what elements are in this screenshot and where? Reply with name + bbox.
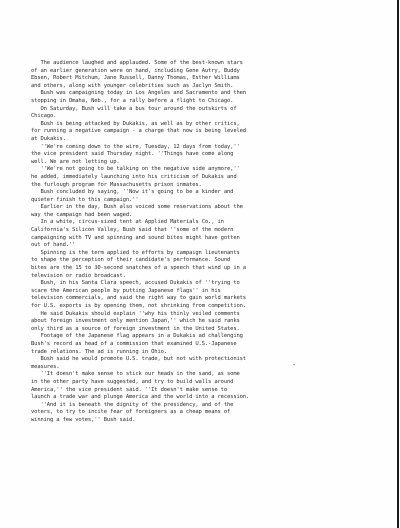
article-text: The audience laughed and applauded. Some… [31, 60, 249, 425]
scan-edge-line [397, 0, 399, 528]
document-page: The audience laughed and applauded. Some… [0, 0, 400, 528]
stray-dash-mark: - [292, 362, 296, 369]
